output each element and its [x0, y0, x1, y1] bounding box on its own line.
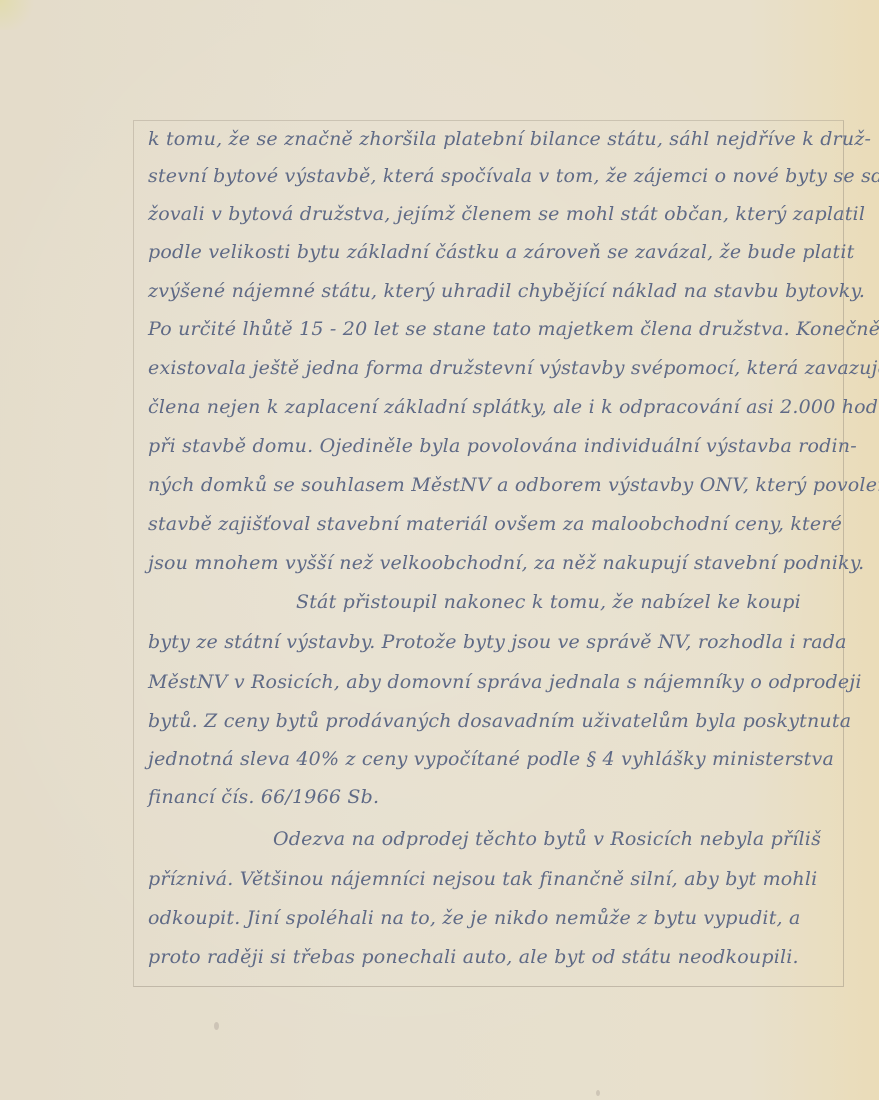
text-line: bytů. Z ceny bytů prodávaných dosavadním…: [148, 710, 851, 732]
paragraph-start-line: Stát přistoupil nakonec k tomu, že nabíz…: [148, 591, 801, 613]
text-line: existovala ještě jedna forma družstevní …: [148, 357, 879, 379]
text-line: žovali v bytová družstva, jejímž členem …: [148, 203, 865, 225]
paragraph-start-line: Odezva na odprodej těchto bytů v Rosicíc…: [148, 828, 821, 850]
text-line: proto raději si třebas ponechali auto, a…: [148, 946, 799, 968]
text-line: MěstNV v Rosicích, aby domovní správa je…: [148, 671, 862, 693]
paper-spot: [214, 1022, 219, 1030]
text-line: stevní bytové výstavbě, která spočívala …: [148, 165, 879, 187]
paper-corner-stain: [0, 0, 40, 30]
text-line: jednotná sleva 40% z ceny vypočítané pod…: [148, 748, 834, 770]
text-line: podle velikosti bytu základní částku a z…: [148, 241, 855, 263]
text-line: zvýšené nájemné státu, který uhradil chy…: [148, 280, 865, 302]
text-line: Po určité lhůtě 15 - 20 let se stane tat…: [148, 318, 879, 340]
text-line: příznivá. Většinou nájemníci nejsou tak …: [148, 868, 817, 890]
text-line: ných domků se souhlasem MěstNV a odborem…: [148, 474, 879, 496]
text-line: stavbě zajišťoval stavební materiál ovše…: [148, 513, 842, 535]
text-line: financí čís. 66/1966 Sb.: [148, 786, 379, 808]
text-line: k tomu, že se značně zhoršila platební b…: [148, 128, 871, 150]
paper-spot: [596, 1090, 600, 1096]
text-line: jsou mnohem vyšší než velkoobchodní, za …: [148, 552, 864, 574]
text-line: při stavbě domu. Ojediněle byla povolová…: [148, 435, 857, 457]
text-line: odkoupit. Jiní spoléhali na to, že je ni…: [148, 907, 801, 929]
text-line: byty ze státní výstavby. Protože byty js…: [148, 631, 847, 653]
text-line: člena nejen k zaplacení základní splátky…: [148, 396, 879, 418]
